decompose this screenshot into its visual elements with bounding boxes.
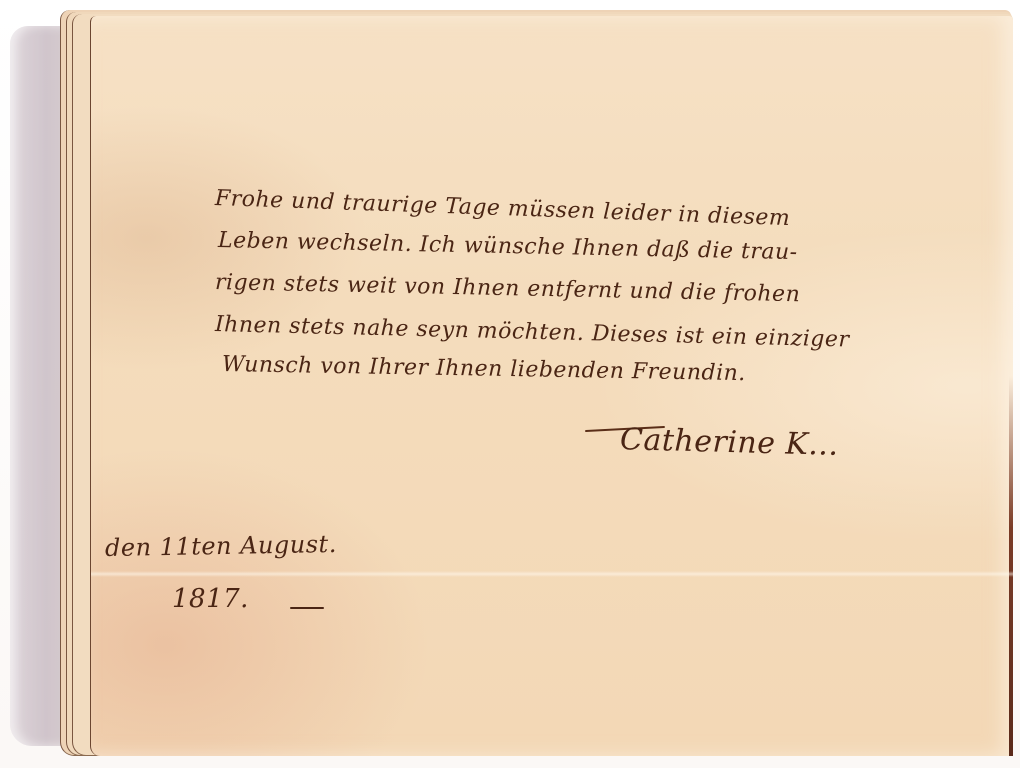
album-page <box>90 16 1013 756</box>
page-fold <box>91 571 1013 577</box>
date-year: 1817. <box>172 584 249 614</box>
date-day: den 11ten August. <box>105 530 337 562</box>
year-dash <box>290 607 324 609</box>
signature: Catherine K... <box>620 422 839 463</box>
photo-scene: Frohe und traurige Tage müssen leider in… <box>0 0 1020 768</box>
page-edge-shadow <box>1009 376 1013 756</box>
